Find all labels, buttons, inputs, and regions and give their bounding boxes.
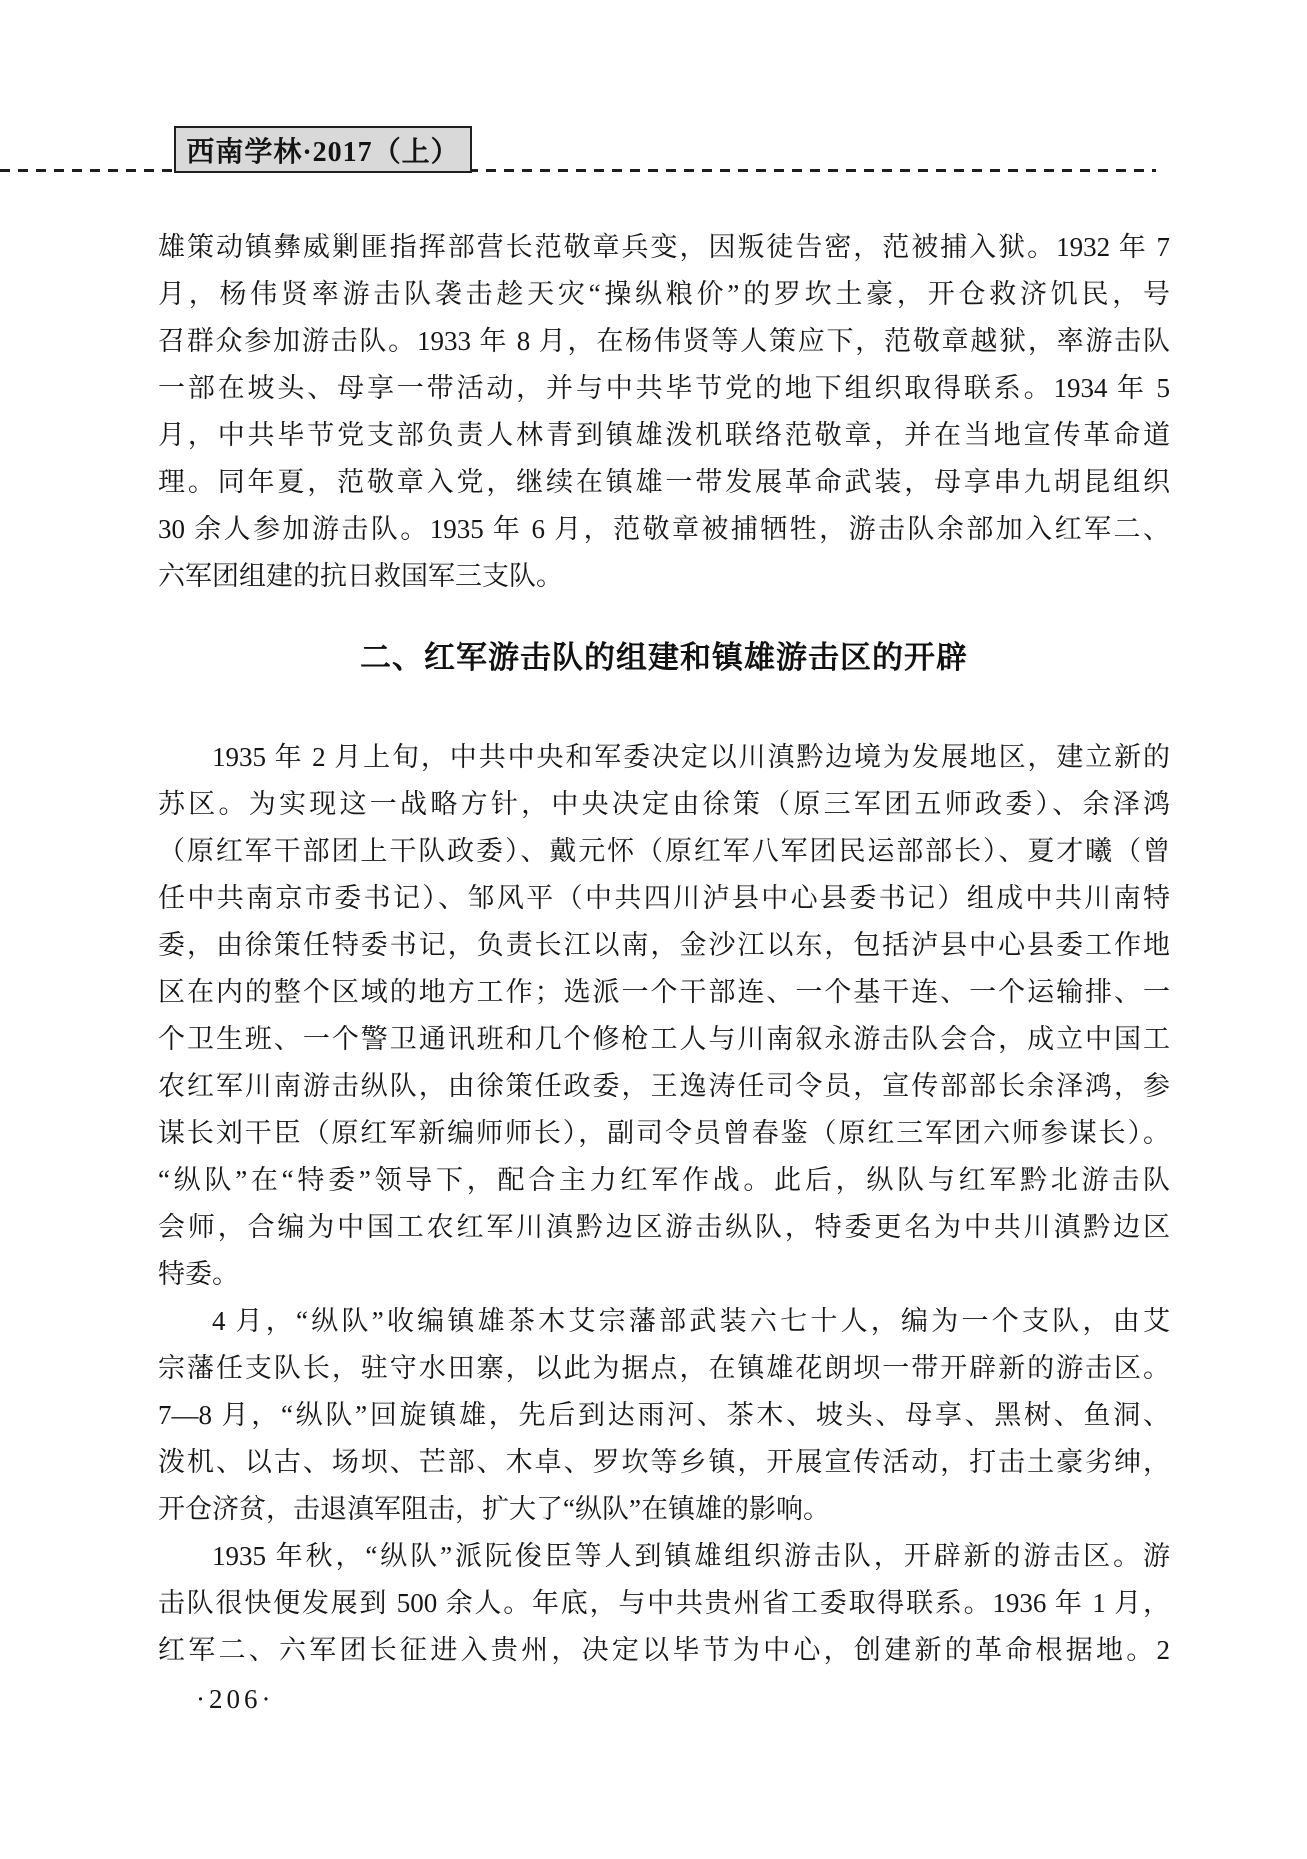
- text-line: 个卫生班、一个警卫通讯班和几个修枪工人与川南叙永游击队会合，成立中国工: [158, 1016, 1170, 1063]
- paragraph: 1935 年 2 月上旬，中共中央和军委决定以川滇黔边境为发展地区，建立新的苏区…: [158, 734, 1170, 1298]
- text-line: 会师，合编为中国工农红军川滇黔边区游击纵队，特委更名为中共川滇黔边区: [158, 1204, 1170, 1251]
- journal-title: 西南学林·2017（上）: [186, 130, 459, 170]
- text-line: 开仓济贫，击退滇军阻击，扩大了“纵队”在镇雄的影响。: [158, 1486, 1170, 1533]
- paragraph: 1935 年秋，“纵队”派阮俊臣等人到镇雄组织游击队，开辟新的游击区。游击队很快…: [158, 1533, 1170, 1674]
- text-line: 区在内的整个区域的地方工作；选派一个干部连、一个基干连、一个运输排、一: [158, 969, 1170, 1016]
- section-heading: 二、红军游击队的组建和镇雄游击区的开辟: [158, 634, 1170, 682]
- text-line: 谋长刘干臣（原红军新编师师长），副司令员曾春鉴（原红三军团六师参谋长）。: [158, 1110, 1170, 1157]
- text-line: 委，由徐策任特委书记，负责长江以南，金沙江以东，包括泸县中心县委工作地: [158, 922, 1170, 969]
- text-line: 六军团组建的抗日救国军三支队。: [158, 553, 1170, 600]
- text-line: 泼机、以古、场坝、芒部、木卓、罗坎等乡镇，开展宣传活动，打击土豪劣绅，: [158, 1439, 1170, 1486]
- text-line: 1935 年秋，“纵队”派阮俊臣等人到镇雄组织游击队，开辟新的游击区。游: [158, 1533, 1170, 1580]
- text-line: 一部在坡头、母享一带活动，并与中共毕节党的地下组织取得联系。1934 年 5: [158, 365, 1170, 412]
- text-line: 雄策动镇彝威剿匪指挥部营长范敬章兵变，因叛徒告密，范被捕入狱。1932 年 7: [158, 224, 1170, 271]
- page-number: ·206·: [196, 1684, 274, 1715]
- text-line: 任中共南京市委书记）、邹风平（中共四川泸县中心县委书记）组成中共川南特: [158, 875, 1170, 922]
- text-line: 苏区。为实现这一战略方针，中央决定由徐策（原三军团五师政委）、余泽鸿: [158, 781, 1170, 828]
- text-line: 1935 年 2 月上旬，中共中央和军委决定以川滇黔边境为发展地区，建立新的: [158, 734, 1170, 781]
- text-line: 农红军川南游击纵队，由徐策任政委，王逸涛任司令员，宣传部部长余泽鸿，参: [158, 1063, 1170, 1110]
- text-line: 30 余人参加游击队。1935 年 6 月，范敬章被捕牺牲，游击队余部加入红军二…: [158, 506, 1170, 553]
- text-line: 理。同年夏，范敬章入党，继续在镇雄一带发展革命武装，母享串九胡昆组织: [158, 459, 1170, 506]
- text-line: 红军二、六军团长征进入贵州，决定以毕节为中心，创建新的革命根据地。2: [158, 1627, 1170, 1674]
- text-line: 击队很快便发展到 500 余人。年底，与中共贵州省工委取得联系。1936 年 1…: [158, 1580, 1170, 1627]
- text-line: “纵队”在“特委”领导下，配合主力红军作战。此后，纵队与红军黔北游击队: [158, 1157, 1170, 1204]
- text-line: 7—8 月，“纵队”回旋镇雄，先后到达雨河、茶木、坡头、母享、黑树、鱼洞、: [158, 1392, 1170, 1439]
- text-line: 特委。: [158, 1251, 1170, 1298]
- paragraph: 4 月，“纵队”收编镇雄茶木艾宗藩部武装六七十人，编为一个支队，由艾宗藩任支队长…: [158, 1298, 1170, 1533]
- document-page: 西南学林·2017（上） 雄策动镇彝威剿匪指挥部营长范敬章兵变，因叛徒告密，范被…: [0, 0, 1307, 1859]
- text-line: 宗藩任支队长，驻守水田寨，以此为据点，在镇雄花朗坝一带开辟新的游击区。: [158, 1345, 1170, 1392]
- paragraph: 雄策动镇彝威剿匪指挥部营长范敬章兵变，因叛徒告密，范被捕入狱。1932 年 7月…: [158, 224, 1170, 600]
- text-line: （原红军干部团上干队政委）、戴元怀（原红军八军团民运部部长）、夏才曦（曾: [158, 828, 1170, 875]
- text-line: 4 月，“纵队”收编镇雄茶木艾宗藩部武装六七十人，编为一个支队，由艾: [158, 1298, 1170, 1345]
- text-line: 月，中共毕节党支部负责人林青到镇雄泼机联络范敬章，并在当地宣传革命道: [158, 412, 1170, 459]
- journal-header-box: 西南学林·2017（上）: [174, 126, 472, 173]
- text-line: 召群众参加游击队。1933 年 8 月，在杨伟贤等人策应下，范敬章越狱，率游击队: [158, 318, 1170, 365]
- text-line: 月，杨伟贤率游击队袭击趁天灾“操纵粮价”的罗坎土豪，开仓救济饥民，号: [158, 271, 1170, 318]
- article-body: 雄策动镇彝威剿匪指挥部营长范敬章兵变，因叛徒告密，范被捕入狱。1932 年 7月…: [158, 224, 1170, 1674]
